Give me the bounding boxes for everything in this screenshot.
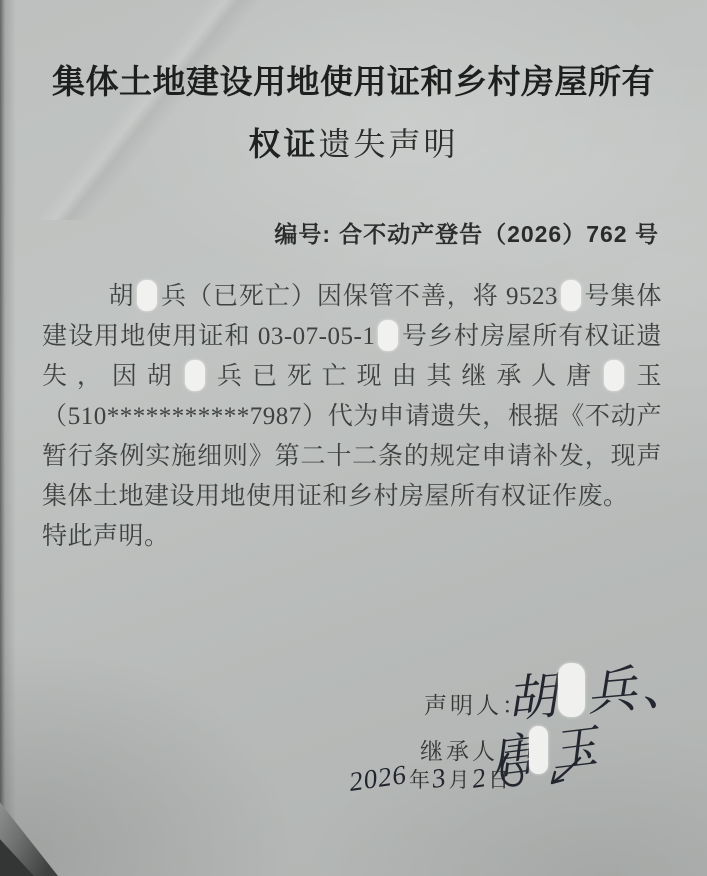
document-number-value: 合不动产登告（2026）762 号 <box>339 221 659 247</box>
signature-flourish-strokes <box>494 750 590 802</box>
redaction-box <box>604 360 624 391</box>
declarant-signature-given: 兵、 <box>584 656 696 721</box>
body-text: 建设用地使用证和 03-07-05-1 <box>42 323 375 350</box>
body-text: 集体土地建设用地使用证和乡村房屋所有权证作废。 <box>42 483 629 510</box>
body-paragraph: 胡兵（已死亡）因保管不善，将 9523号集体土地建设用地使用证和 03-07-0… <box>42 277 662 557</box>
month-unit-label: 月 <box>449 768 470 792</box>
body-text: 玉 <box>627 363 662 390</box>
year-unit-label: 年 <box>409 768 430 792</box>
document-title-line-2: 权证遗失声明 <box>0 119 707 165</box>
handwritten-month: 3 <box>430 762 449 795</box>
date-line: 2026年3月2日 <box>349 763 511 794</box>
body-line: 建设用地使用证和 03-07-05-1号乡村房屋所有权证遗 <box>42 317 662 357</box>
body-text: 兵已死亡现由其继承人唐 <box>208 363 601 390</box>
document-title-line-1: 集体土地建设用地使用证和乡村房屋所有 <box>0 56 707 103</box>
body-line: 暂行条例实施细则》第二十二条的规定申请补发，现声明该 <box>42 437 662 477</box>
body-line: 胡兵（已死亡）因保管不善，将 9523号集体土地 <box>42 277 662 317</box>
title-regular-part: 遗失声明 <box>319 126 459 162</box>
body-line: 特此声明。 <box>42 517 662 557</box>
body-text: 胡 <box>108 283 134 310</box>
document-number-label: 编号: <box>274 221 331 247</box>
redaction-box <box>558 663 585 717</box>
paper-crease <box>0 0 280 220</box>
body-text: 暂行条例实施细则》第二十二条的规定申请补发，现声明该 <box>42 443 662 477</box>
body-text: 特此声明。 <box>42 523 170 550</box>
redaction-box <box>378 320 398 351</box>
document-photo: 集体土地建设用地使用证和乡村房屋所有 权证遗失声明 编号:合不动产登告（2026… <box>0 0 707 876</box>
redaction-box <box>185 360 205 391</box>
document-number: 编号:合不动产登告（2026）762 号 <box>274 216 659 249</box>
body-line: 失，因胡兵已死亡现由其继承人唐玉 <box>42 357 662 397</box>
handwritten-year: 2026 <box>347 759 409 798</box>
body-line: （510***********7987）代为申请遗失，根据《不动产登记 <box>42 397 662 437</box>
body-text: 兵（已死亡）因保管不善，将 9523 <box>160 283 558 310</box>
handwritten-day: 2 <box>469 762 488 795</box>
redaction-box <box>561 280 581 311</box>
body-text: 号乡村房屋所有权证遗 <box>401 323 662 350</box>
redaction-box <box>137 280 157 311</box>
body-text: 失，因胡 <box>42 363 182 390</box>
body-text: （510***********7987）代为申请遗失，根据《不动产登记 <box>42 403 662 437</box>
title-bold-part: 权证 <box>248 126 318 162</box>
body-line: 集体土地建设用地使用证和乡村房屋所有权证作废。 <box>42 477 662 517</box>
